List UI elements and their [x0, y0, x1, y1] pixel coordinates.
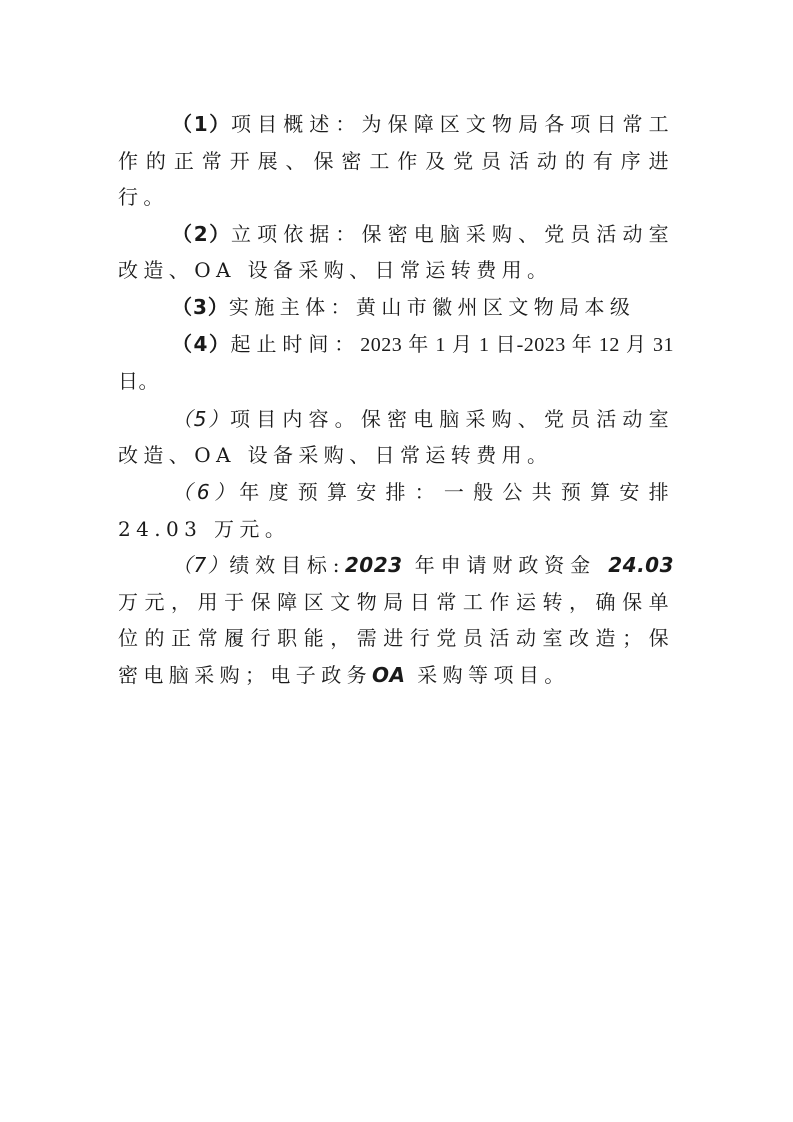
- item-marker: （3）: [172, 295, 229, 319]
- item-label: 项目内容。: [230, 407, 361, 431]
- paragraph-implementing-entity: （3）实施主体：黄山市徽州区文物局本级: [118, 289, 674, 326]
- paragraph-annual-budget: （6）年度预算安排：一般公共预算安排 24.03 万元。: [118, 474, 674, 547]
- paragraph-project-overview: （1）项目概述：为保障区文物局各项日常工作的正常开展、保密工作及党员活动的有序进…: [118, 106, 674, 216]
- paragraph-time-period: （4）起止时间：2023 年 1 月 1 日-2023 年 12 月 31 日。: [118, 326, 674, 401]
- item-text: 黄山市徽州区文物局本级: [356, 295, 635, 319]
- item-marker: （4）: [172, 332, 231, 356]
- item-marker: （5）: [172, 407, 230, 431]
- item-label: 实施主体：: [229, 295, 356, 319]
- goal-amount: 24.03: [608, 553, 674, 577]
- paragraph-performance-goal: （7）绩效目标:2023 年申请财政资金 24.03 万元，用于保障区文物局日常…: [118, 547, 674, 693]
- item-label: 年度预算安排：: [239, 480, 444, 504]
- item-label: 立项依据：: [231, 222, 362, 246]
- paragraph-project-basis: （2）立项依据：保密电脑采购、党员活动室改造、OA 设备采购、日常运转费用。: [118, 216, 674, 289]
- document-page: （1）项目概述：为保障区文物局各项日常工作的正常开展、保密工作及党员活动的有序进…: [118, 106, 674, 694]
- item-label: 起止时间：: [231, 332, 361, 356]
- item-marker: （6）: [172, 480, 239, 504]
- paragraph-project-content: （5）项目内容。保密电脑采购、党员活动室改造、OA 设备采购、日常运转费用。: [118, 401, 674, 474]
- item-marker: （1）: [172, 112, 231, 136]
- item-marker: （2）: [172, 222, 231, 246]
- goal-year: 2023: [345, 553, 403, 577]
- goal-text-c: 采购等项目。: [405, 663, 569, 687]
- item-label: 项目概述：: [231, 112, 362, 136]
- goal-oa: OA: [372, 663, 405, 687]
- item-label: 绩效目标:: [229, 553, 345, 577]
- goal-text-a: 年申请财政资金: [403, 553, 609, 577]
- item-marker: （7）: [172, 553, 229, 577]
